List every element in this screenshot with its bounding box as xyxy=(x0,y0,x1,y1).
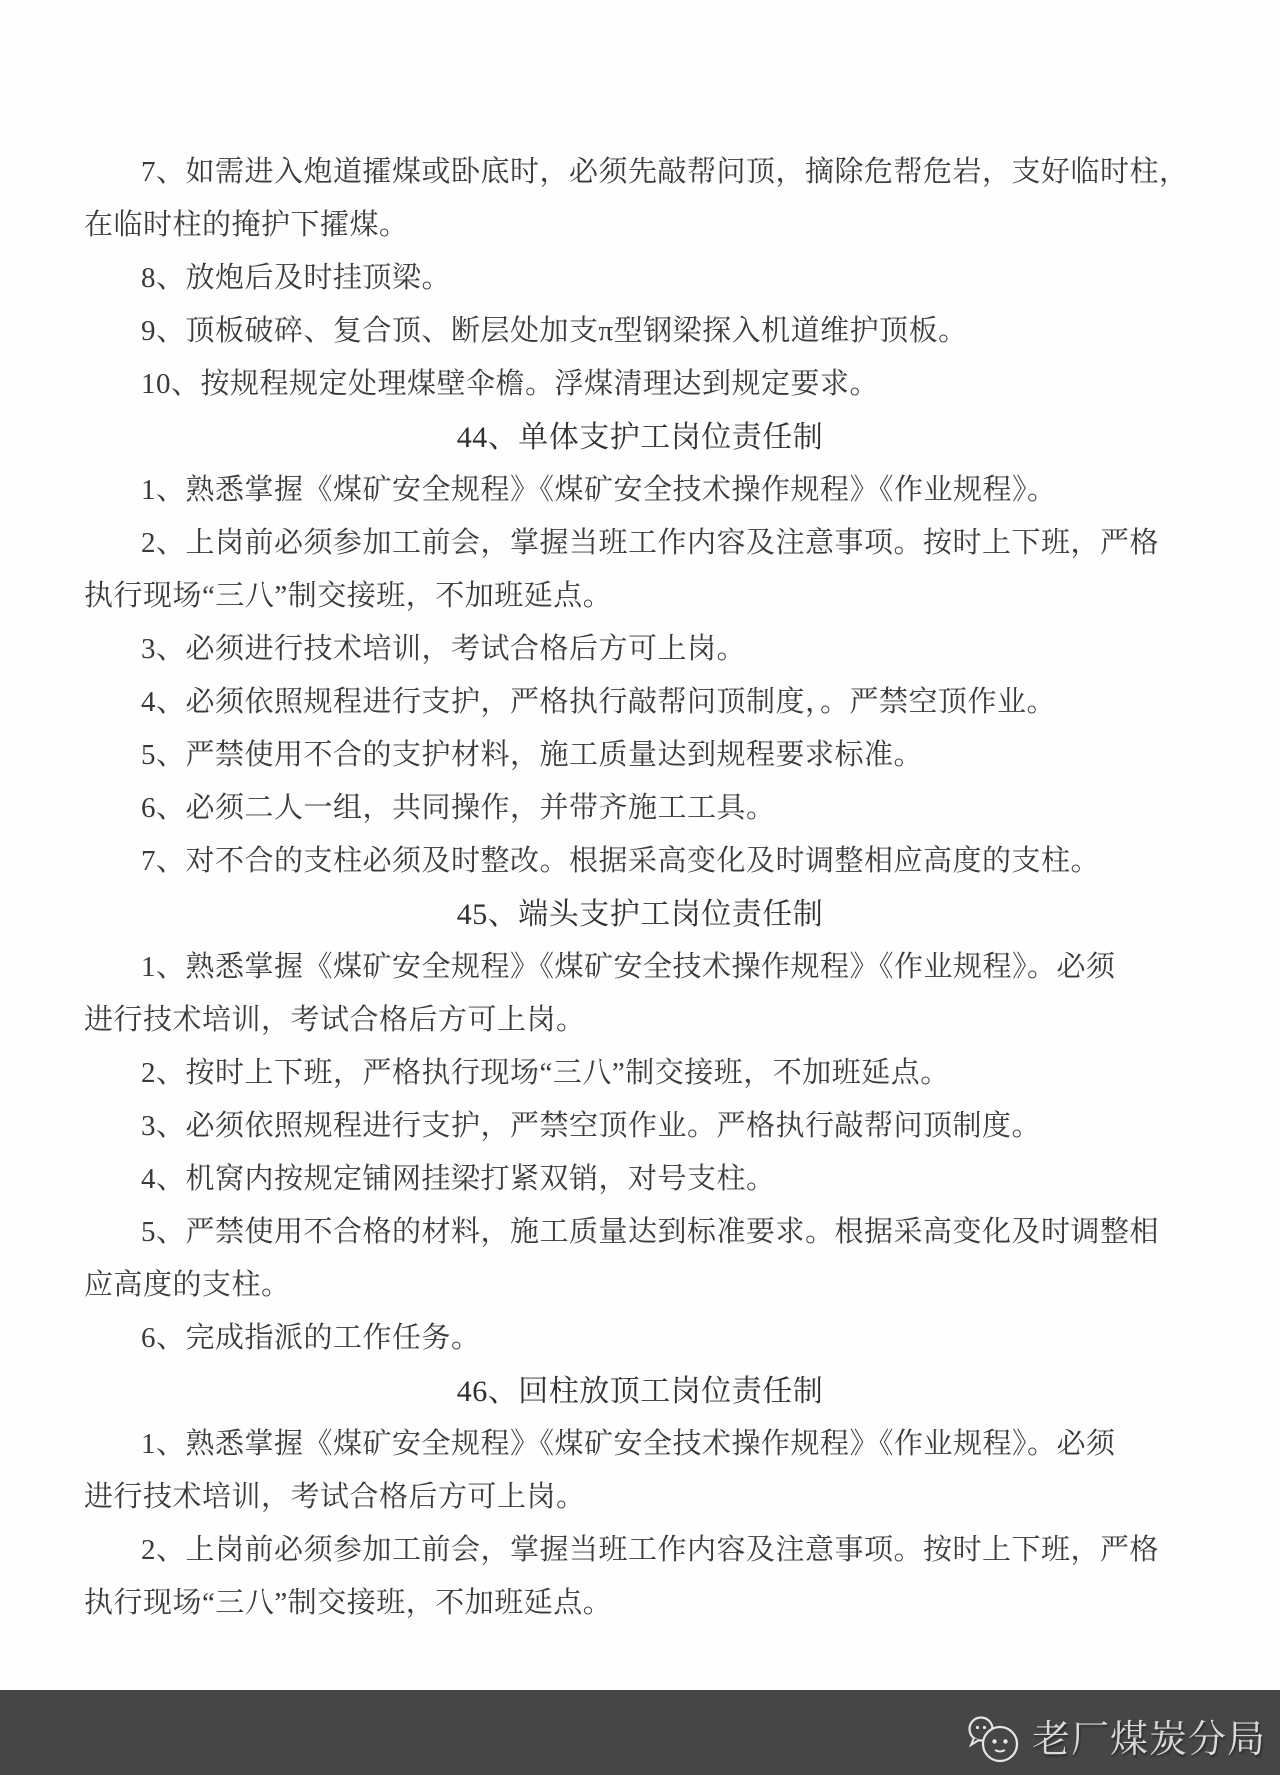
body-line: 1、熟悉掌握《煤矿安全规程》《煤矿安全技术操作规程》《作业规程》。 xyxy=(84,464,1196,517)
body-line: 3、必须依照规程进行支护，严禁空顶作业。严格执行敲帮问顶制度。 xyxy=(84,1100,1196,1153)
body-line: 进行技术培训，考试合格后方可上岗。 xyxy=(84,1471,1196,1524)
body-line: 7、如需进入炮道攉煤或卧底时，必须先敲帮问顶，摘除危帮危岩，支好临时柱， xyxy=(84,146,1196,199)
body-line: 4、机窝内按规定铺网挂梁打紧双销，对号支柱。 xyxy=(84,1153,1196,1206)
account-name: 老厂煤炭分局 xyxy=(1032,1714,1266,1766)
body-line: 执行现场“三八”制交接班，不加班延点。 xyxy=(84,570,1196,623)
chat-bubbles-mascot-icon xyxy=(966,1714,1022,1766)
body-line: 4、必须依照规程进行支护，严格执行敲帮问顶制度，。严禁空顶作业。 xyxy=(84,676,1196,729)
section-heading: 46、回柱放顶工岗位责任制 xyxy=(84,1365,1196,1418)
body-line: 3、必须进行技术培训，考试合格后方可上岗。 xyxy=(84,623,1196,676)
body-line: 6、必须二人一组，共同操作，并带齐施工工具。 xyxy=(84,782,1196,835)
body-line: 5、严禁使用不合的支护材料，施工质量达到规程要求标准。 xyxy=(84,729,1196,782)
body-line: 在临时柱的掩护下攉煤。 xyxy=(84,199,1196,252)
footer-account-badge: 老厂煤炭分局 xyxy=(966,1714,1266,1766)
body-line: 7、对不合的支柱必须及时整改。根据采高变化及时调整相应高度的支柱。 xyxy=(84,835,1196,888)
body-line: 10、按规程规定处理煤壁伞檐。浮煤清理达到规定要求。 xyxy=(84,358,1196,411)
body-line: 2、上岗前必须参加工前会，掌握当班工作内容及注意事项。按时上下班，严格 xyxy=(84,517,1196,570)
body-line: 6、完成指派的工作任务。 xyxy=(84,1312,1196,1365)
body-line: 执行现场“三八”制交接班，不加班延点。 xyxy=(84,1577,1196,1630)
body-line: 8、放炮后及时挂顶梁。 xyxy=(84,252,1196,305)
body-line: 5、严禁使用不合格的材料，施工质量达到标准要求。根据采高变化及时调整相 xyxy=(84,1206,1196,1259)
body-line: 9、顶板破碎、复合顶、断层处加支π型钢梁探入机道维护顶板。 xyxy=(84,305,1196,358)
document-body: 7、如需进入炮道攉煤或卧底时，必须先敲帮问顶，摘除危帮危岩，支好临时柱， 在临时… xyxy=(84,146,1196,1630)
body-line: 应高度的支柱。 xyxy=(84,1259,1196,1312)
body-line: 进行技术培训，考试合格后方可上岗。 xyxy=(84,994,1196,1047)
footer-watermark-bar: 老厂煤炭分局 xyxy=(0,1690,1280,1775)
body-line: 1、熟悉掌握《煤矿安全规程》《煤矿安全技术操作规程》《作业规程》。必须 xyxy=(84,941,1196,994)
section-heading: 44、单体支护工岗位责任制 xyxy=(84,411,1196,464)
scanned-document-page: 7、如需进入炮道攉煤或卧底时，必须先敲帮问顶，摘除危帮危岩，支好临时柱， 在临时… xyxy=(0,0,1280,1775)
body-line: 1、熟悉掌握《煤矿安全规程》《煤矿安全技术操作规程》《作业规程》。必须 xyxy=(84,1418,1196,1471)
section-heading: 45、端头支护工岗位责任制 xyxy=(84,888,1196,941)
body-line: 2、按时上下班，严格执行现场“三八”制交接班，不加班延点。 xyxy=(84,1047,1196,1100)
body-line: 2、上岗前必须参加工前会，掌握当班工作内容及注意事项。按时上下班，严格 xyxy=(84,1524,1196,1577)
